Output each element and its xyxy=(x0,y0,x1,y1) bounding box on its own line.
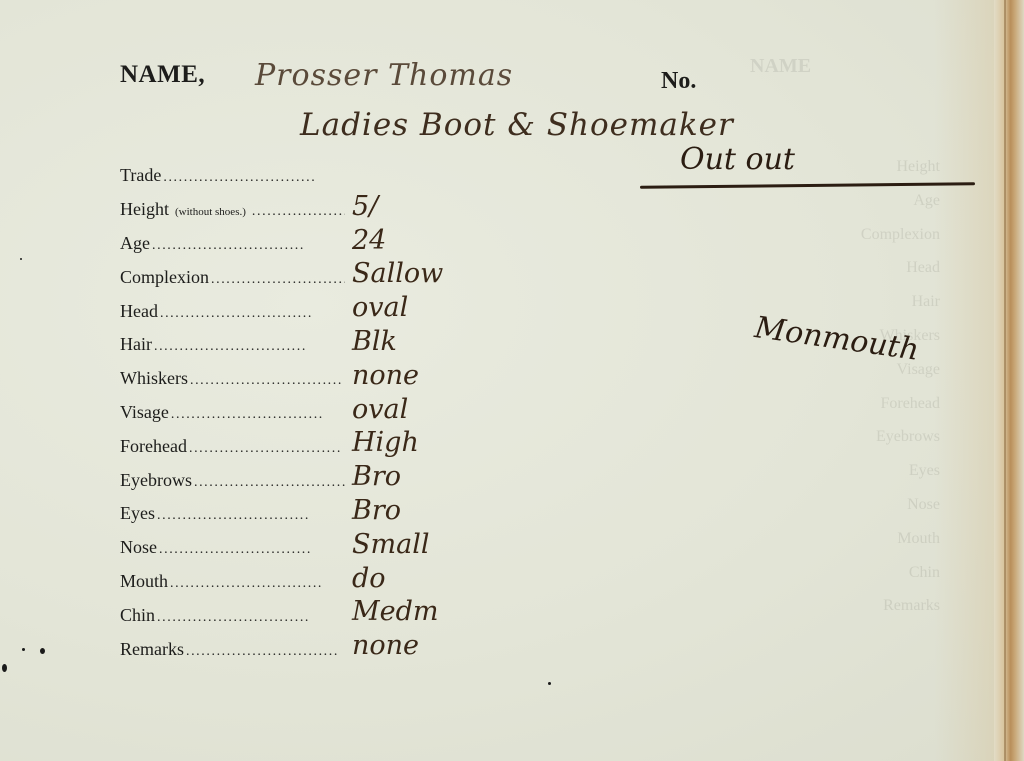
show-through-text: NAME Height Age Complexion Head Hair Whi… xyxy=(640,150,940,623)
field-label: Age xyxy=(120,233,150,254)
page-edge xyxy=(994,0,1024,761)
ghost-line: Head xyxy=(640,251,940,285)
field-sublabel: (without shoes.) xyxy=(175,206,246,218)
form-row-forehead: Forehead.............................. H… xyxy=(120,429,590,463)
ink-speck xyxy=(548,682,551,685)
leader-dots: .............................. xyxy=(157,508,345,524)
leader-dots: .............................. xyxy=(194,475,345,491)
field-label: Eyes xyxy=(120,503,155,524)
handwritten-trade: Ladies Boot & Shoemaker xyxy=(300,107,734,143)
leader-dots: .............................. xyxy=(189,441,345,457)
ghost-line: Mouth xyxy=(640,522,940,556)
field-value: none xyxy=(352,360,419,391)
leader-dots: .............................. xyxy=(163,170,345,186)
ghost-line: Nose xyxy=(640,488,940,522)
name-heading: NAME, xyxy=(120,61,205,89)
field-label: Nose xyxy=(120,537,157,558)
form-row-age: Age.............................. 24 xyxy=(120,227,590,261)
handwritten-underline xyxy=(640,182,975,189)
field-label: Remarks xyxy=(120,639,184,660)
ghost-line: Age xyxy=(640,184,940,218)
form-row-chin: Chin.............................. Medm xyxy=(120,598,590,632)
field-value: Medm xyxy=(352,596,439,627)
handwritten-trade-note: Out out xyxy=(680,142,795,177)
form-row-height: Height(without shoes.)..................… xyxy=(120,193,590,227)
field-label: Visage xyxy=(120,402,169,423)
ink-speck xyxy=(40,648,45,654)
field-label: Whiskers xyxy=(120,368,188,389)
leader-dots: .............................. xyxy=(171,407,345,423)
form-row-head: Head.............................. oval xyxy=(120,294,590,328)
field-label: Trade xyxy=(120,165,161,186)
field-value: 24 xyxy=(352,225,386,256)
leader-dots: .............................. xyxy=(154,339,345,355)
ghost-line: Chin xyxy=(640,556,940,590)
leader-dots: .............................. xyxy=(159,542,345,558)
form-row-nose: Nose.............................. Small xyxy=(120,531,590,565)
field-value: do xyxy=(352,563,386,594)
ghost-line: Remarks xyxy=(640,589,940,623)
field-label: Forehead xyxy=(120,436,187,457)
field-label: Chin xyxy=(120,605,155,626)
leader-dots: .............................. xyxy=(252,204,345,220)
field-value: oval xyxy=(352,292,408,323)
field-label: Mouth xyxy=(120,571,168,592)
ghost-title: NAME xyxy=(750,50,811,84)
ghost-line: Forehead xyxy=(640,387,940,421)
document-page: NAME Height Age Complexion Head Hair Whi… xyxy=(0,0,1024,761)
ghost-line: Eyebrows xyxy=(640,420,940,454)
field-value: High xyxy=(352,427,419,458)
field-label: Height xyxy=(120,199,169,220)
leader-dots: .............................. xyxy=(157,610,345,626)
form-row-eyes: Eyes.............................. Bro xyxy=(120,497,590,531)
page-edge-line xyxy=(1004,0,1006,761)
handwritten-margin-note: Monmouth xyxy=(753,310,922,368)
field-value: Blk xyxy=(352,326,397,357)
form-row-remarks: Remarks.............................. no… xyxy=(120,632,590,666)
form-row-mouth: Mouth.............................. do xyxy=(120,565,590,599)
field-value: none xyxy=(352,630,419,661)
field-label: Hair xyxy=(120,334,152,355)
field-value: Bro xyxy=(352,495,401,526)
form-row-whiskers: Whiskers.............................. n… xyxy=(120,362,590,396)
number-heading: No. xyxy=(661,68,696,95)
ink-speck xyxy=(2,664,7,672)
field-value: oval xyxy=(352,394,408,425)
form-row-trade: Trade.............................. xyxy=(120,159,590,193)
ink-speck xyxy=(20,258,22,260)
description-form: Trade.............................. Heig… xyxy=(120,159,590,666)
leader-dots: .............................. xyxy=(186,644,345,660)
form-row-eyebrows: Eyebrows.............................. B… xyxy=(120,463,590,497)
leader-dots: .............................. xyxy=(152,238,345,254)
field-value: Bro xyxy=(352,461,401,492)
field-value: Small xyxy=(352,529,429,560)
field-value: 5/ xyxy=(352,191,378,222)
leader-dots: .............................. xyxy=(190,373,345,389)
leader-dots: .............................. xyxy=(211,272,345,288)
edge-stain xyxy=(934,0,994,761)
handwritten-name: Prosser Thomas xyxy=(255,58,513,93)
field-value: Sallow xyxy=(352,258,443,289)
ink-speck xyxy=(22,648,25,651)
form-row-hair: Hair.............................. Blk xyxy=(120,328,590,362)
field-label: Complexion xyxy=(120,267,209,288)
leader-dots: .............................. xyxy=(170,576,345,592)
form-row-visage: Visage.............................. ova… xyxy=(120,396,590,430)
leader-dots: .............................. xyxy=(160,306,345,322)
field-label: Eyebrows xyxy=(120,470,192,491)
ghost-line: Complexion xyxy=(640,218,940,252)
form-row-complexion: Complexion..............................… xyxy=(120,260,590,294)
ghost-line: Eyes xyxy=(640,454,940,488)
field-label: Head xyxy=(120,301,158,322)
